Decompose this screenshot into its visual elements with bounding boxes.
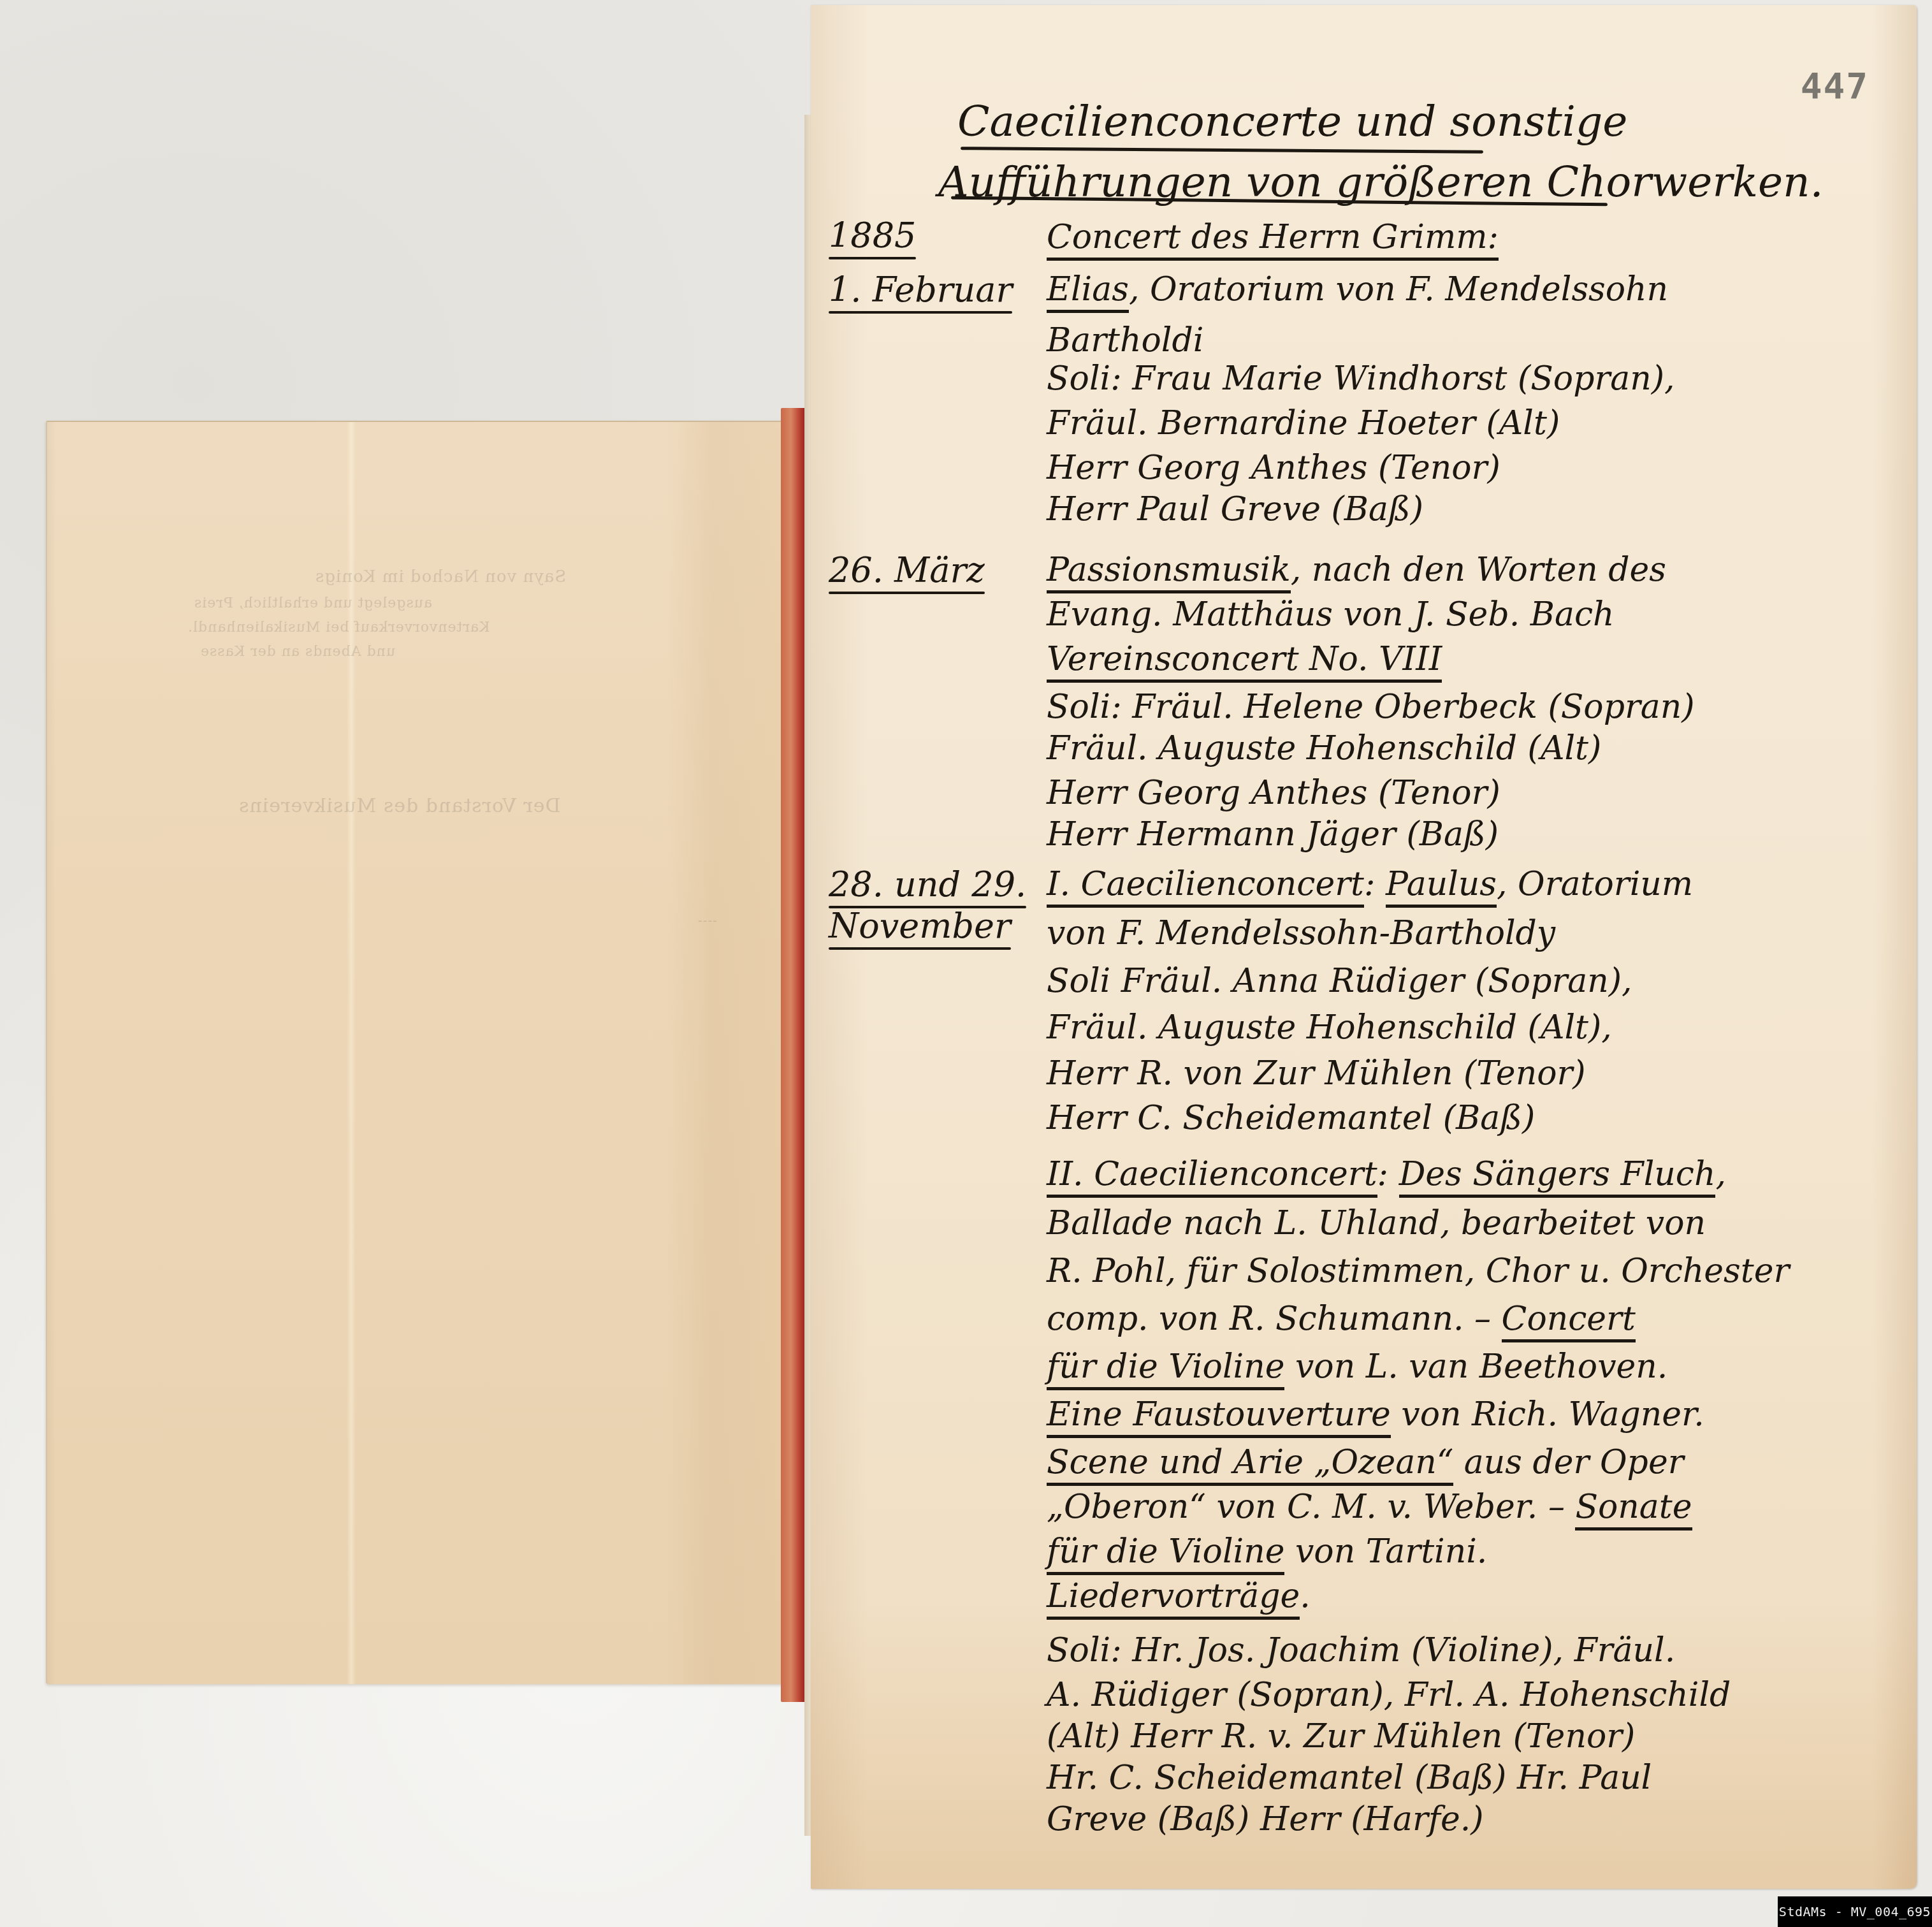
entry-line: II. Caecilienconcert: Des Sängers Fluch, bbox=[1047, 1158, 1726, 1191]
ledger-page: 447 Caecilienconcerte und sonstige Auffü… bbox=[811, 5, 1917, 1889]
soloist-line: Soli: Fräul. Helene Oberbeck (Sopran) bbox=[1047, 690, 1695, 724]
entry-line: Elias, Oratorium von F. Mendelssohn bbox=[1047, 273, 1668, 306]
soloist-line: Herr C. Scheidemantel (Baß) bbox=[1047, 1102, 1535, 1135]
entry-text: „Oberon“ von C. M. v. Weber. – bbox=[1047, 1488, 1575, 1526]
work-title: Paulus bbox=[1386, 865, 1497, 908]
bleed-through-text: Der Vorstand des Musikvereins bbox=[238, 795, 561, 817]
entry-line: comp. von R. Schumann. – Concert bbox=[1047, 1302, 1636, 1335]
entry-text: comp. von R. Schumann. – bbox=[1047, 1300, 1502, 1338]
work-title: Liedervorträge bbox=[1047, 1577, 1300, 1620]
entry-text: , nach den Worten des bbox=[1291, 551, 1666, 589]
entry-line: von F. Mendelssohn-Bartholdy bbox=[1047, 917, 1555, 950]
entry-text: von L. van Beethoven. bbox=[1284, 1348, 1667, 1386]
soloist-line: Fräul. Auguste Hohenschild (Alt) bbox=[1047, 732, 1601, 765]
heading-underline bbox=[961, 147, 1483, 154]
entry-date: 1. Februar bbox=[829, 273, 1012, 307]
entry-date: 28. und 29. bbox=[829, 868, 1026, 902]
soloist-line: Hr. C. Scheidemantel (Baß) Hr. Paul bbox=[1047, 1761, 1652, 1794]
entry-line: „Oberon“ von C. M. v. Weber. – Sonate bbox=[1047, 1490, 1692, 1523]
work-title: Scene und Arie „Ozean“ bbox=[1047, 1443, 1453, 1486]
entry-text: von Tartini. bbox=[1284, 1532, 1487, 1571]
folded-insert-leaf: Sayn von Nachod im Konigs ausgelegt und … bbox=[46, 421, 803, 1684]
entry-text: von Rich. Wagner. bbox=[1391, 1395, 1704, 1434]
entry-line: Eine Faustouverture von Rich. Wagner. bbox=[1047, 1398, 1704, 1431]
archive-id-label: StdAMs - MV_004_695 bbox=[1778, 1896, 1932, 1927]
entry-text: , Oratorium bbox=[1497, 865, 1693, 903]
concert-title: Concert des Herrn Grimm: bbox=[1047, 218, 1499, 261]
entry-text: : bbox=[1364, 865, 1386, 903]
bleed-through-text: ---- bbox=[697, 913, 717, 928]
entry-line: für die Violine von Tartini. bbox=[1047, 1535, 1487, 1568]
entry-line: R. Pohl, für Solostimmen, Chor u. Orches… bbox=[1047, 1254, 1789, 1288]
fold-crease bbox=[347, 422, 356, 1684]
soloist-line: Herr Paul Greve (Baß) bbox=[1047, 493, 1423, 526]
soloist-line: Soli: Hr. Jos. Joachim (Violine), Fräul. bbox=[1047, 1634, 1675, 1667]
entry-line: I. Caecilienconcert: Paulus, Oratorium bbox=[1047, 868, 1693, 901]
page-heading-line-1: Caecilienconcerte und sonstige bbox=[957, 101, 1627, 143]
work-title: für die Violine bbox=[1047, 1348, 1284, 1390]
entry-text: , Oratorium von F. Mendelssohn bbox=[1129, 270, 1668, 309]
work-title: Passionsmusik bbox=[1047, 551, 1291, 593]
red-binding-strip bbox=[781, 408, 806, 1702]
entry-text: , bbox=[1715, 1155, 1726, 1193]
concert-title: II. Caecilienconcert bbox=[1047, 1155, 1377, 1198]
soloist-line: Herr Georg Anthes (Tenor) bbox=[1047, 451, 1500, 484]
soloist-line: Fräul. Bernardine Hoeter (Alt) bbox=[1047, 407, 1560, 440]
work-title: Concert bbox=[1502, 1300, 1636, 1342]
work-title: Eine Faustouverture bbox=[1047, 1395, 1391, 1438]
bleed-through-text: ausgelegt und erhaltlich, Preis bbox=[194, 595, 432, 611]
concert-title: I. Caecilienconcert bbox=[1047, 865, 1364, 908]
entry-line: Scene und Arie „Ozean“ aus der Oper bbox=[1047, 1446, 1684, 1479]
soloist-line: Greve (Baß) Herr (Harfe.) bbox=[1047, 1803, 1484, 1836]
entry-date: November bbox=[829, 909, 1011, 943]
bleed-through-text: Kartenvorverkauf bei Musikalienhandl. bbox=[187, 620, 490, 636]
soloist-line: Soli: Frau Marie Windhorst (Sopran), bbox=[1047, 362, 1675, 395]
soloist-line: Herr R. von Zur Mühlen (Tenor) bbox=[1047, 1057, 1586, 1090]
entry-line: Ballade nach L. Uhland, bearbeitet von bbox=[1047, 1207, 1706, 1240]
concert-title: Vereinsconcert No. VIII bbox=[1047, 640, 1442, 683]
entry-text: : bbox=[1377, 1155, 1399, 1193]
entry-line: Passionsmusik, nach den Worten des bbox=[1047, 553, 1666, 586]
bleed-through-text: und Abends an der Kasse bbox=[200, 644, 395, 660]
entry-year: 1885 bbox=[829, 219, 916, 253]
entry-line: Bartholdi bbox=[1047, 324, 1203, 357]
entry-line: Liedervorträge. bbox=[1047, 1580, 1311, 1613]
soloist-line: Fräul. Auguste Hohenschild (Alt), bbox=[1047, 1011, 1612, 1044]
work-title: Sonate bbox=[1575, 1488, 1692, 1531]
work-title: Des Sängers Fluch bbox=[1399, 1155, 1716, 1198]
entry-date: 26. März bbox=[829, 553, 985, 588]
entry-text: aus der Oper bbox=[1453, 1443, 1683, 1481]
entry-line: Evang. Matthäus von J. Seb. Bach bbox=[1047, 598, 1615, 631]
entry-line: Vereinsconcert No. VIII bbox=[1047, 643, 1442, 676]
work-title: für die Violine bbox=[1047, 1532, 1284, 1575]
entry-line: Concert des Herrn Grimm: bbox=[1047, 221, 1499, 254]
page-number-stamp: 447 bbox=[1801, 66, 1869, 107]
soloist-line: Herr Georg Anthes (Tenor) bbox=[1047, 776, 1500, 810]
entry-text: . bbox=[1300, 1577, 1311, 1615]
work-title: Elias bbox=[1047, 270, 1129, 313]
entry-line: für die Violine von L. van Beethoven. bbox=[1047, 1350, 1667, 1383]
soloist-line: (Alt) Herr R. v. Zur Mühlen (Tenor) bbox=[1047, 1720, 1635, 1753]
soloist-line: Soli Fräul. Anna Rüdiger (Sopran), bbox=[1047, 964, 1632, 998]
soloist-line: Herr Hermann Jäger (Baß) bbox=[1047, 818, 1499, 851]
soloist-line: A. Rüdiger (Sopran), Frl. A. Hohenschild bbox=[1047, 1678, 1731, 1712]
bleed-through-text: Sayn von Nachod im Konigs bbox=[315, 567, 566, 586]
